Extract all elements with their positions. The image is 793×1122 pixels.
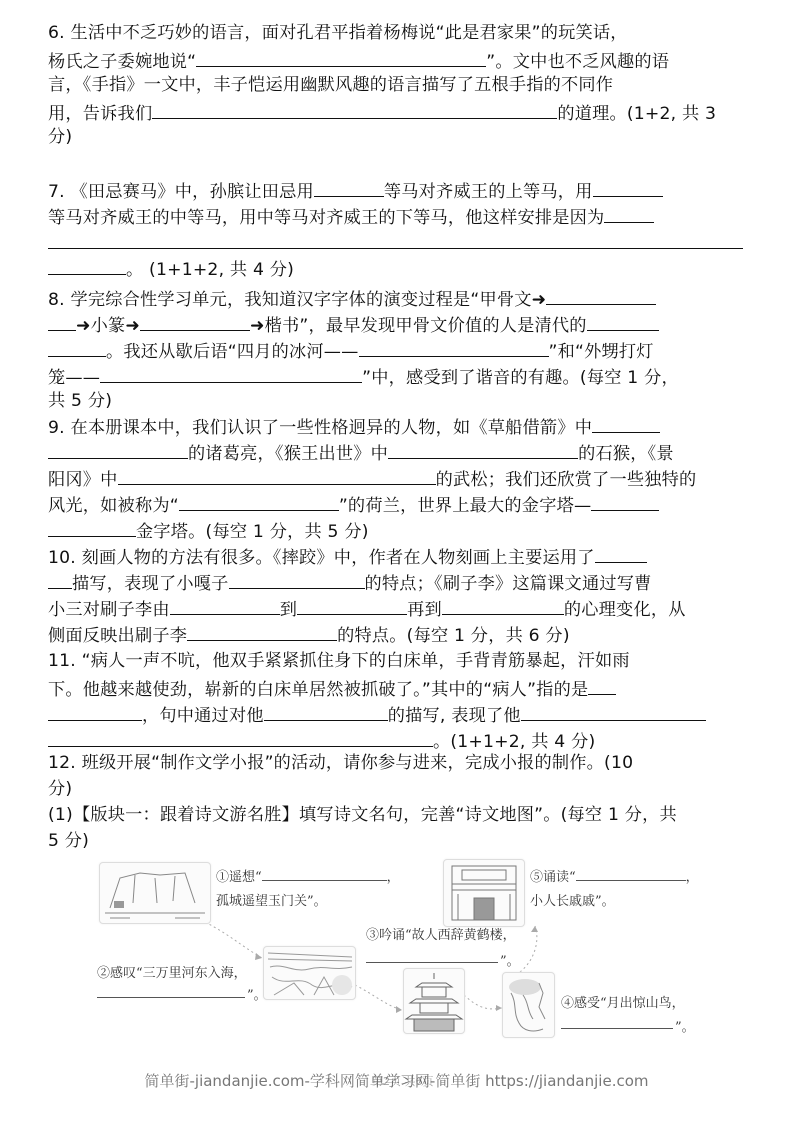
q9-text: 阳冈》中 [48, 470, 118, 490]
q10-line-2: 描写，表现了小嘎子的特点；《刷子李》这篇课文通过写曹 [48, 568, 652, 594]
answer-blank[interactable] [592, 412, 660, 433]
q6-text: 用，告诉我们 [48, 104, 152, 124]
answer-blank[interactable] [588, 674, 616, 695]
temple-picture [443, 859, 525, 927]
q9-line-2: 的诸葛亮，《猴王出世》中的石猴，《景 [48, 438, 674, 464]
q6-line-4: 用，告诉我们的道理。(1+2, 共 3 [48, 98, 716, 124]
q8-text: 。我还从歇后语“四月的冰河—— [106, 342, 359, 362]
poem-item-2-line1: ②感叹“三万里河东入海， [97, 962, 247, 981]
yumen-pass-picture [99, 862, 211, 924]
answer-blank[interactable] [314, 176, 384, 197]
question-11: 11. “病人一声不吭，他双手紧紧抓住身下的白床单，手背青筋暴起，汗如雨 下。他… [48, 648, 748, 752]
q10-text: 的特点；《刷子李》这篇课文通过写曹 [365, 574, 652, 594]
answer-blank[interactable] [595, 542, 647, 563]
q8-text: 笼—— [48, 368, 100, 388]
answer-blank[interactable] [604, 202, 654, 223]
q12-line-2: 分) [48, 776, 72, 802]
q11-text: ，句中通过对他 [142, 706, 264, 726]
question-6: 6. 生活中不乏巧妙的语言，面对孔君平指着杨梅说“此是君家果”的玩笑话， 杨氏之… [48, 20, 748, 160]
poem-text: ， [387, 870, 400, 885]
q7-text: 等马对齐威王的中等马，用中等马对齐威王的下等马，他这样安排是因为 [48, 208, 604, 228]
q9-text: 的武松；我们还欣赏了一些独特的 [436, 470, 697, 490]
q9-line-5: 金字塔。(每空 1 分，共 5 分) [48, 516, 369, 542]
poem-item-5-line1: ⑤诵读“， [530, 866, 699, 885]
q9-text: 金字塔。(每空 1 分，共 5 分) [136, 522, 369, 542]
q11-line-3: ，句中通过对他的描写, 表现了他 [48, 700, 706, 726]
poem-text: ， [686, 870, 699, 885]
page-number: 第2页 共6页 [372, 1073, 434, 1089]
q6-text: 杨氏之子委婉地说“ [48, 52, 196, 72]
answer-blank[interactable] [297, 594, 407, 615]
q11-text: 下。他越来越使劲，崭新的白床单居然被抓破了。”其中的“病人”指的是 [48, 680, 588, 700]
q8-line-1: 8. 学完综合性学习单元，我知道汉字字体的演变过程是“甲骨文➜ [48, 284, 656, 310]
q12-line-1: 12. 班级开展“制作文学小报”的活动，请你参与进来，完成小报的制作。(10 [48, 750, 633, 776]
answer-blank[interactable] [359, 336, 549, 357]
answer-blank[interactable] [48, 438, 188, 459]
poem-item-2-end: ”。 [247, 984, 267, 1003]
answer-blank[interactable] [140, 310, 250, 331]
answer-blank[interactable] [388, 438, 578, 459]
answer-blank[interactable] [179, 490, 339, 511]
q10-line-1: 10. 刻画人物的方法有很多。《摔跤》中，作者在人物刻画上主要运用了 [48, 542, 647, 568]
answer-blank[interactable] [48, 568, 72, 589]
q10-line-3: 小三对刷子李由到再到的心理变化，从 [48, 594, 686, 620]
mountain-picture [502, 972, 555, 1038]
answer-blank[interactable] [587, 310, 659, 331]
q7-text: 。 (1+1+2, 共 4 分) [126, 260, 294, 280]
q12-line-4: 5 分) [48, 828, 89, 854]
question-7: 7. 《田忌赛马》中，孙膑让田忌用等马对齐威王的上等马，用 等马对齐威王的中等马… [48, 176, 748, 282]
answer-blank[interactable] [262, 869, 387, 881]
answer-blank[interactable] [170, 594, 280, 615]
q9-text: 的诸葛亮，《猴王出世》中 [188, 444, 388, 464]
answer-blank[interactable] [48, 310, 76, 331]
q10-text: 侧面反映出刷子李 [48, 626, 187, 646]
q7-line-2: 等马对齐威王的中等马，用中等马对齐威王的下等马，他这样安排是因为 [48, 202, 654, 228]
q10-text: 再到 [407, 600, 442, 620]
q10-text: 到 [280, 600, 297, 620]
poem-text: ⑤诵读“ [530, 870, 576, 885]
q6-line-5: 分) [48, 124, 72, 150]
q8-line-3: 。我还从歇后语“四月的冰河——”和“外甥打灯 [48, 336, 654, 362]
q10-text: 10. 刻画人物的方法有很多。《摔跤》中，作者在人物刻画上主要运用了 [48, 548, 595, 568]
q10-text: 小三对刷子李由 [48, 600, 170, 620]
q10-text: 的特点。(每空 1 分，共 6 分) [337, 626, 570, 646]
q9-text: 风光，如被称为“ [48, 496, 179, 516]
poem-item-5-line2: 小人长戚戚”。 [530, 890, 615, 909]
answer-blank[interactable] [97, 997, 245, 998]
poem-item-4-line1: ④感受“月出惊山鸟， [561, 992, 685, 1011]
answer-blank[interactable] [187, 620, 337, 641]
answer-blank[interactable] [521, 700, 706, 721]
question-10: 10. 刻画人物的方法有很多。《摔跤》中，作者在人物刻画上主要运用了 描写，表现… [48, 542, 748, 646]
answer-blank[interactable] [196, 46, 486, 67]
answer-blank[interactable] [48, 700, 142, 721]
question-12: 12. 班级开展“制作文学小报”的活动，请你参与进来，完成小报的制作。(10 分… [48, 750, 748, 854]
yellow-crane-tower-picture [403, 968, 465, 1034]
q8-text: ”中，感受到了谐音的有趣。(每空 1 分， [362, 368, 679, 388]
river-mountains-illustration-icon [264, 947, 355, 999]
poem-item-3-end: ”。 [500, 950, 520, 969]
answer-blank[interactable] [118, 464, 436, 485]
q11-text: 的描写, 表现了他 [388, 706, 521, 726]
q7-line-3 [48, 228, 743, 254]
poem-item-3-line1: ③吟诵“故人西辞黄鹤楼， [366, 924, 516, 943]
answer-blank[interactable] [48, 254, 126, 275]
answer-blank[interactable] [546, 284, 656, 305]
q11-line-4: 。(1+1+2, 共 4 分) [48, 726, 595, 752]
q8-line-4: 笼——”中，感受到了谐音的有趣。(每空 1 分， [48, 362, 679, 388]
q7-text: 等马对齐威王的上等马，用 [384, 182, 593, 202]
q9-line-4: 风光，如被称为“”的荷兰，世界上最大的金字塔— [48, 490, 659, 516]
answer-blank[interactable] [591, 490, 659, 511]
q9-text: 9. 在本册课本中，我们认识了一些性格迥异的人物，如《草船借箭》中 [48, 418, 592, 438]
q8-text: ➜小篆➜ [76, 316, 140, 336]
cliff-illustration-icon [100, 863, 210, 923]
answer-blank[interactable] [100, 362, 362, 383]
q9-text: 的石猴，《景 [578, 444, 674, 464]
poem-text: ①遥想“ [216, 870, 262, 885]
q9-line-3: 阳冈》中的武松；我们还欣赏了一些独特的 [48, 464, 696, 490]
question-9: 9. 在本册课本中，我们认识了一些性格迥异的人物，如《草船借箭》中 的诸葛亮，《… [48, 412, 748, 542]
question-8: 8. 学完综合性学习单元，我知道汉字字体的演变过程是“甲骨文➜ ➜小篆➜➜楷书”… [48, 284, 748, 414]
pagoda-illustration-icon [404, 969, 464, 1033]
answer-blank[interactable] [48, 516, 136, 537]
q11-line-1: 11. “病人一声不吭，他双手紧紧抓住身下的白床单，手背青筋暴起，汗如雨 [48, 648, 630, 674]
q8-text: ➜楷书”，最早发现甲骨文价值的人是清代的 [250, 316, 587, 336]
answer-blank[interactable] [264, 700, 388, 721]
q7-line-1: 7. 《田忌赛马》中，孙膑让田忌用等马对齐威王的上等马，用 [48, 176, 663, 202]
q9-text: ”的荷兰，世界上最大的金字塔— [339, 496, 592, 516]
q10-text: 的心理变化，从 [564, 600, 686, 620]
q6-line-3: 言，《手指》一文中，丰子恺运用幽默风趣的语言描写了五根手指的不同作 [48, 72, 613, 98]
q6-text: ”。文中也不乏风趣的语 [486, 52, 669, 72]
answer-blank[interactable] [48, 336, 106, 357]
temple-illustration-icon [444, 860, 524, 926]
poem-item-1-line1: ①遥想“， [216, 866, 400, 885]
poem-item-1-line2: 孤城遥望玉门关”。 [216, 890, 327, 909]
q6-text: 的道理。(1+2, 共 3 [557, 104, 716, 124]
q8-text: ”和“外甥打灯 [549, 342, 654, 362]
q9-line-1: 9. 在本册课本中，我们认识了一些性格迥异的人物，如《草船借箭》中 [48, 412, 660, 438]
q7-text: 7. 《田忌赛马》中，孙膑让田忌用 [48, 182, 314, 202]
answer-blank[interactable] [48, 228, 743, 249]
answer-blank[interactable] [229, 568, 365, 589]
q12-line-3: (1)【版块一：跟着诗文游名胜】填写诗文名句，完善“诗文地图”。(每空 1 分，… [48, 802, 677, 828]
q11-line-2: 下。他越来越使劲，崭新的白床单居然被抓破了。”其中的“病人”指的是 [48, 674, 616, 700]
q11-text: 。(1+1+2, 共 4 分) [433, 732, 595, 752]
q6-line-2: 杨氏之子委婉地说“”。文中也不乏风趣的语 [48, 46, 669, 72]
answer-blank[interactable] [48, 726, 433, 747]
q10-text: 描写，表现了小嘎子 [72, 574, 229, 594]
q10-line-4: 侧面反映出刷子李的特点。(每空 1 分，共 6 分) [48, 620, 570, 646]
answer-blank[interactable] [576, 869, 686, 881]
q6-line-1: 6. 生活中不乏巧妙的语言，面对孔君平指着杨梅说“此是君家果”的玩笑话， [48, 20, 628, 46]
q7-line-4: 。 (1+1+2, 共 4 分) [48, 254, 294, 280]
q8-line-5: 共 5 分) [48, 388, 112, 414]
poem-item-4-end: ”。 [675, 1016, 695, 1035]
mountain-illustration-icon [503, 973, 554, 1037]
yellow-river-picture [263, 946, 356, 1000]
answer-blank[interactable] [561, 1028, 673, 1029]
answer-blank[interactable] [366, 962, 498, 963]
answer-blank[interactable] [442, 594, 564, 615]
answer-blank[interactable] [593, 176, 663, 197]
answer-blank[interactable] [152, 98, 557, 119]
q8-text: 8. 学完综合性学习单元，我知道汉字字体的演变过程是“甲骨文➜ [48, 290, 546, 310]
q8-line-2: ➜小篆➜➜楷书”，最早发现甲骨文价值的人是清代的 [48, 310, 659, 336]
